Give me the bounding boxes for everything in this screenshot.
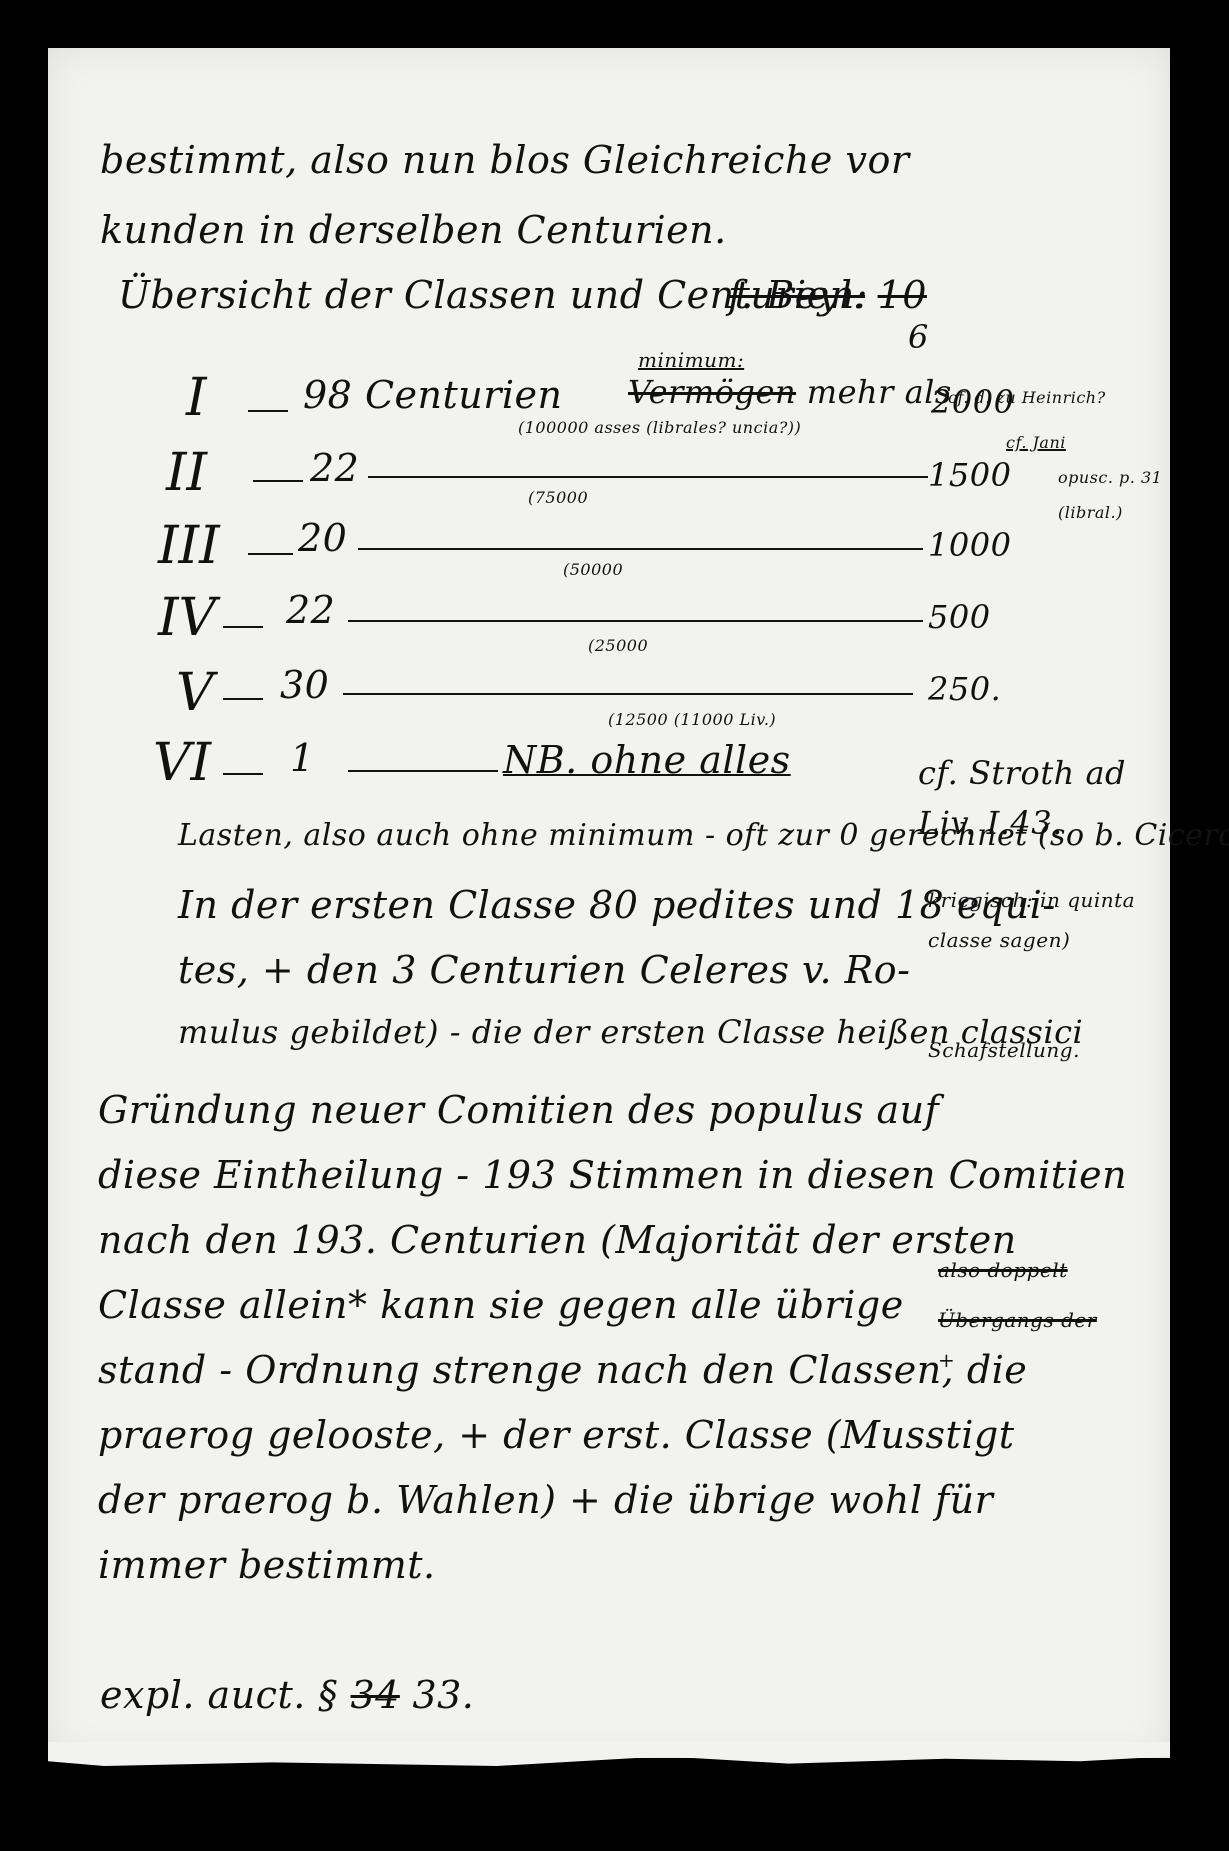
asses-note: (100000 asses (librales? uncia?))	[518, 418, 801, 437]
class-I: I	[186, 368, 207, 428]
row-5-centuries: 30	[280, 663, 329, 707]
row-2-between: (75000	[528, 488, 588, 507]
para-line-5: Gründung neuer Comitien des populus auf	[98, 1088, 939, 1132]
para-line-1: Lasten, also auch ohne minimum - oft zur…	[178, 818, 1229, 853]
side-note-2: cf. Jani	[1006, 433, 1066, 452]
side-note-4: (libral.)	[1058, 503, 1123, 522]
margin-right-3: Schafstellung.	[928, 1038, 1080, 1062]
row-4-between: (25000	[588, 636, 648, 655]
line-2: kunden in derselben Centurien.	[100, 208, 727, 252]
class-II: II	[166, 443, 207, 503]
row-3-centuries: 20	[298, 516, 347, 560]
margin-right-1: kriegisch: in quinta	[928, 888, 1135, 912]
row-5-between: (12500 (11000 Liv.)	[608, 710, 776, 729]
para-line-10: praerog gelooste, + der erst. Classe (Mu…	[98, 1413, 1014, 1457]
para-line-9: stand - Ordnung strenge nach den Classen…	[98, 1348, 1027, 1392]
struck-margin-2: Übergangs der	[938, 1308, 1097, 1332]
row-6-centuries: 1	[290, 736, 315, 780]
row-2-centuries: 22	[310, 446, 359, 490]
para-line-6: diese Eintheilung - 193 Stimmen in diese…	[98, 1153, 1127, 1197]
side-note-3: opusc. p. 31	[1058, 468, 1162, 487]
row-4-amount: 500	[928, 598, 991, 636]
para-line-2: In der ersten Classe 80 pedites und 18 e…	[178, 883, 1056, 927]
para-line-11: der praerog b. Wahlen) + die übrige wohl…	[98, 1478, 993, 1522]
class-IV: IV	[158, 588, 216, 648]
minimum-note: minimum:	[638, 348, 744, 372]
class-V: V	[176, 663, 214, 723]
row-5-amount: 250.	[928, 670, 1001, 708]
para-line-12: immer bestimmt.	[98, 1543, 436, 1587]
side-note-1: cf. d. zu Heinrich?	[948, 388, 1106, 407]
margin-right-2: classe sagen)	[928, 928, 1070, 952]
row-1-centuries: 98 Centurien	[303, 373, 563, 417]
row-4-centuries: 22	[286, 588, 335, 632]
para-line-8: Classe allein* kann sie gegen alle übrig…	[98, 1283, 904, 1327]
heading-note-sub: 6	[908, 318, 929, 356]
manuscript-page: bestimmt, also nun blos Gleichreiche vor…	[48, 48, 1170, 1758]
para-line-3: tes, + den 3 Centurien Celeres v. Ro-	[178, 948, 910, 992]
row-3-between: (50000	[563, 560, 623, 579]
para-line-7: nach den 193. Centurien (Majorität der e…	[98, 1218, 1017, 1262]
row-6-note: NB. ohne alles	[503, 738, 791, 782]
class-III: III	[158, 516, 220, 576]
row-2-amount: 1500	[928, 456, 1011, 494]
header-struck: Vermögen mehr als	[628, 373, 952, 411]
struck-margin-1: also doppelt	[938, 1258, 1068, 1282]
row-3-amount: 1000	[928, 526, 1011, 564]
struck-margin-3: +	[938, 1348, 955, 1372]
heading-note: f. Beyl. 10	[728, 273, 927, 317]
footer-ref: expl. auct. § 34 33.	[100, 1673, 474, 1717]
line-1: bestimmt, also nun blos Gleichreiche vor	[100, 138, 909, 182]
class-VI: VI	[153, 733, 211, 793]
